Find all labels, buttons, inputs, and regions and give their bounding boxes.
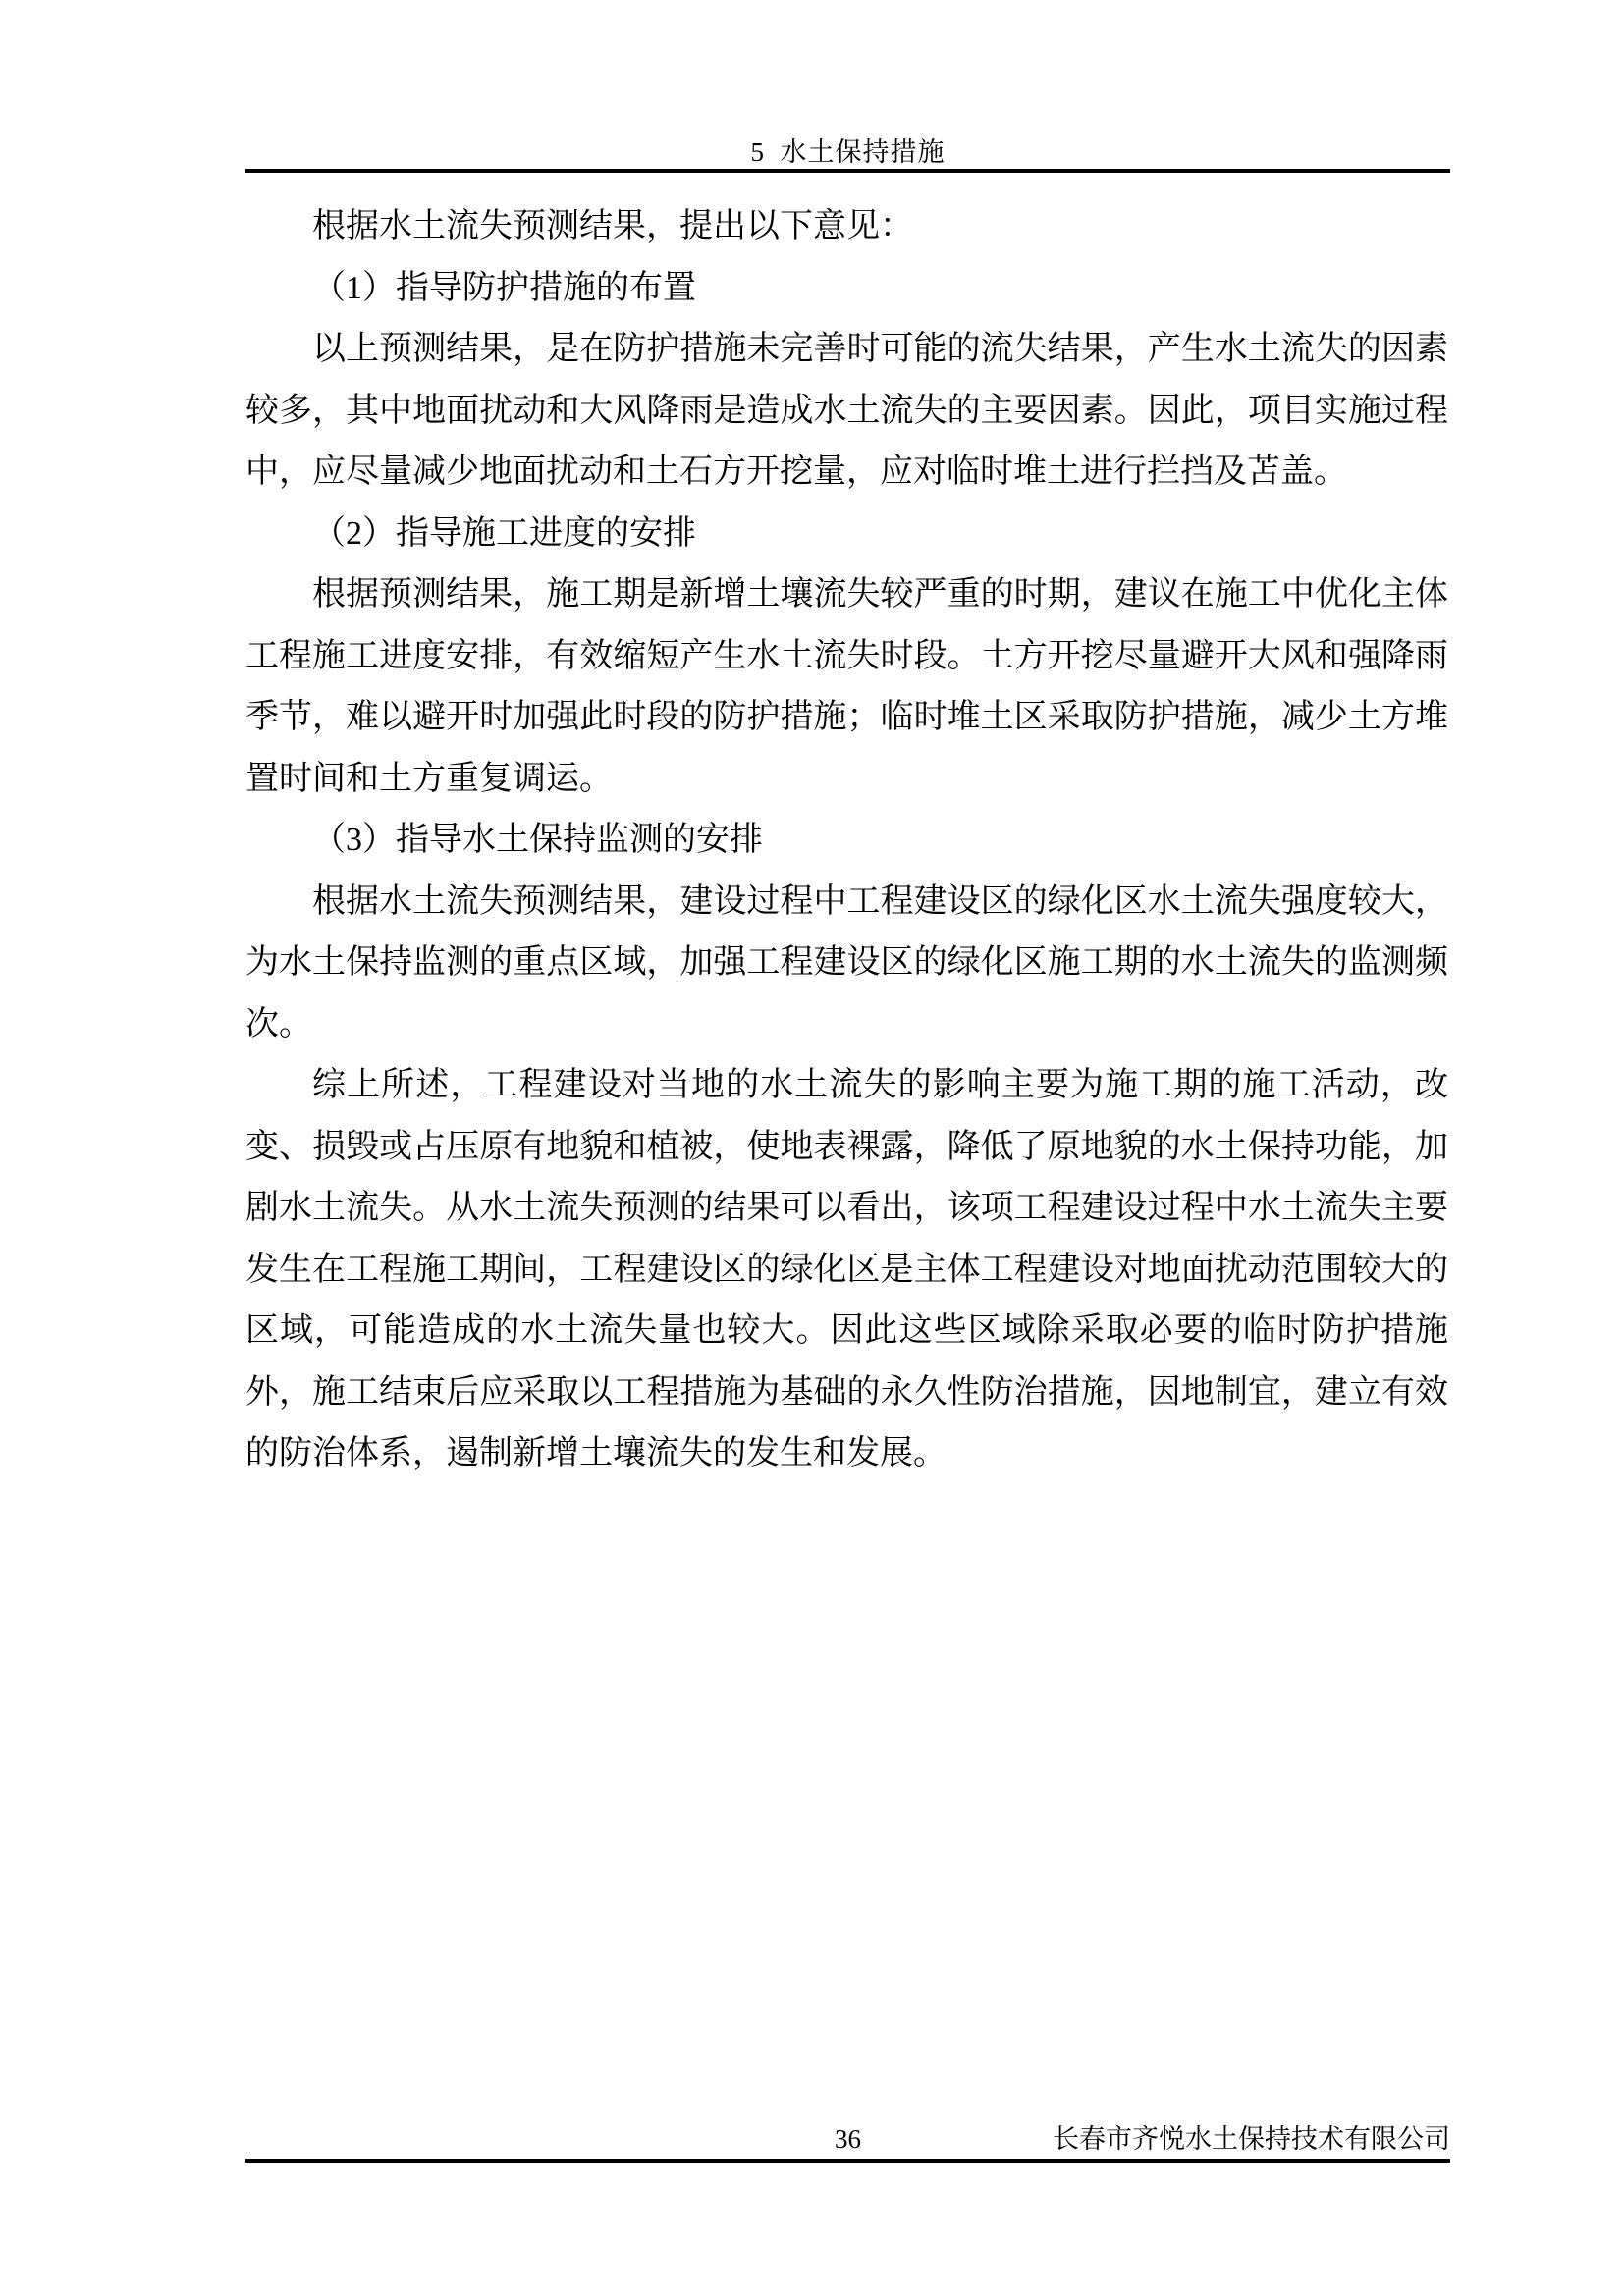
paragraph-construction-schedule: 根据预测结果，施工期是新增土壤流失较严重的时期，建议在施工中优化主体工程施工进度… <box>245 564 1448 810</box>
document-body: 根据水土流失预测结果，提出以下意见： （1）指导防护措施的布置 以上预测结果，是… <box>245 196 1448 1485</box>
heading-item-1: （1）指导防护措施的布置 <box>245 258 1448 320</box>
paragraph-summary: 综上所述，工程建设对当地的水土流失的影响主要为施工期的施工活动，改变、损毁或占压… <box>245 1055 1448 1485</box>
heading-item-2: （2）指导施工进度的安排 <box>245 504 1448 565</box>
footer-rule <box>245 2159 1450 2163</box>
paragraph-monitoring: 根据水土流失预测结果，建设过程中工程建设区的绿化区水土流失强度较大，为水土保持监… <box>245 872 1448 1056</box>
company-name: 长春市齐悦水土保持技术有限公司 <box>245 2123 1450 2155</box>
header-rule <box>245 169 1450 173</box>
heading-item-3: （3）指导水土保持监测的安排 <box>245 810 1448 872</box>
page-header-title: 5 水土保持措施 <box>245 137 1450 167</box>
paragraph-intro: 根据水土流失预测结果，提出以下意见： <box>245 196 1448 258</box>
paragraph-protection-layout: 以上预测结果，是在防护措施未完善时可能的流失结果，产生水土流失的因素较多，其中地… <box>245 319 1448 504</box>
document-page: 5 水土保持措施 根据水土流失预测结果，提出以下意见： （1）指导防护措施的布置… <box>0 0 1624 2296</box>
